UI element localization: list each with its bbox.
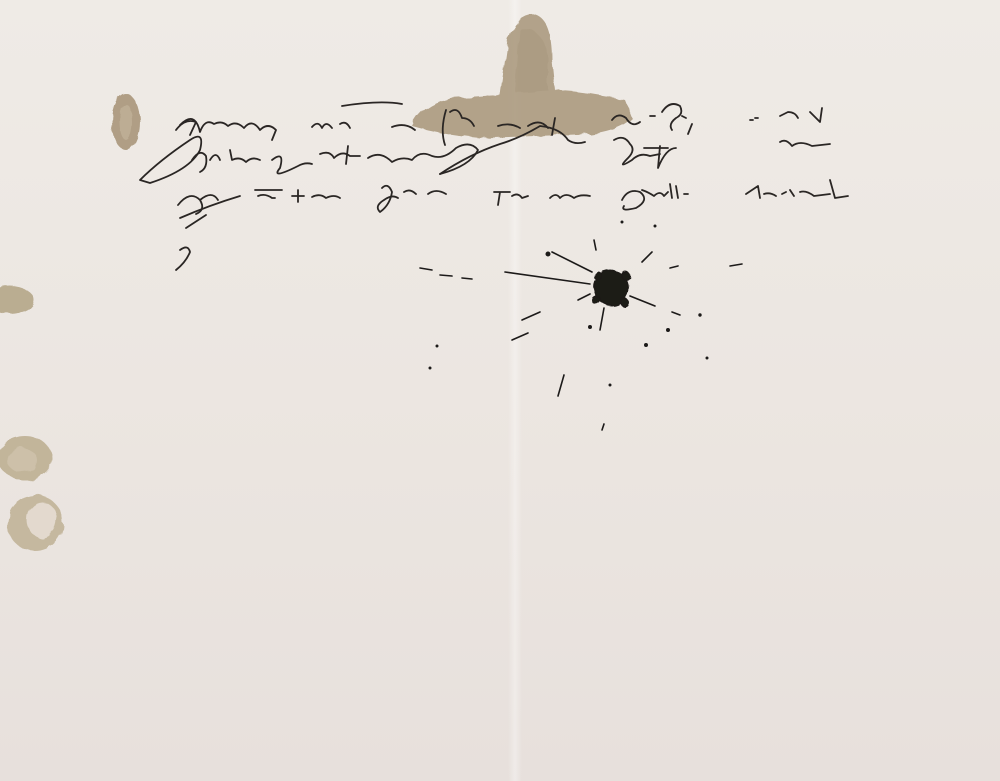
thumbprint-left-1 xyxy=(112,94,140,150)
thumbprint-left-2 xyxy=(0,286,34,314)
artwork-canvas xyxy=(0,0,1000,781)
ink-splatter xyxy=(420,221,742,430)
artwork-paper xyxy=(0,0,1000,781)
thumbprint-left-3 xyxy=(0,436,52,480)
sepia-stain-top xyxy=(412,14,632,138)
thumbprint-left-4 xyxy=(7,495,63,551)
